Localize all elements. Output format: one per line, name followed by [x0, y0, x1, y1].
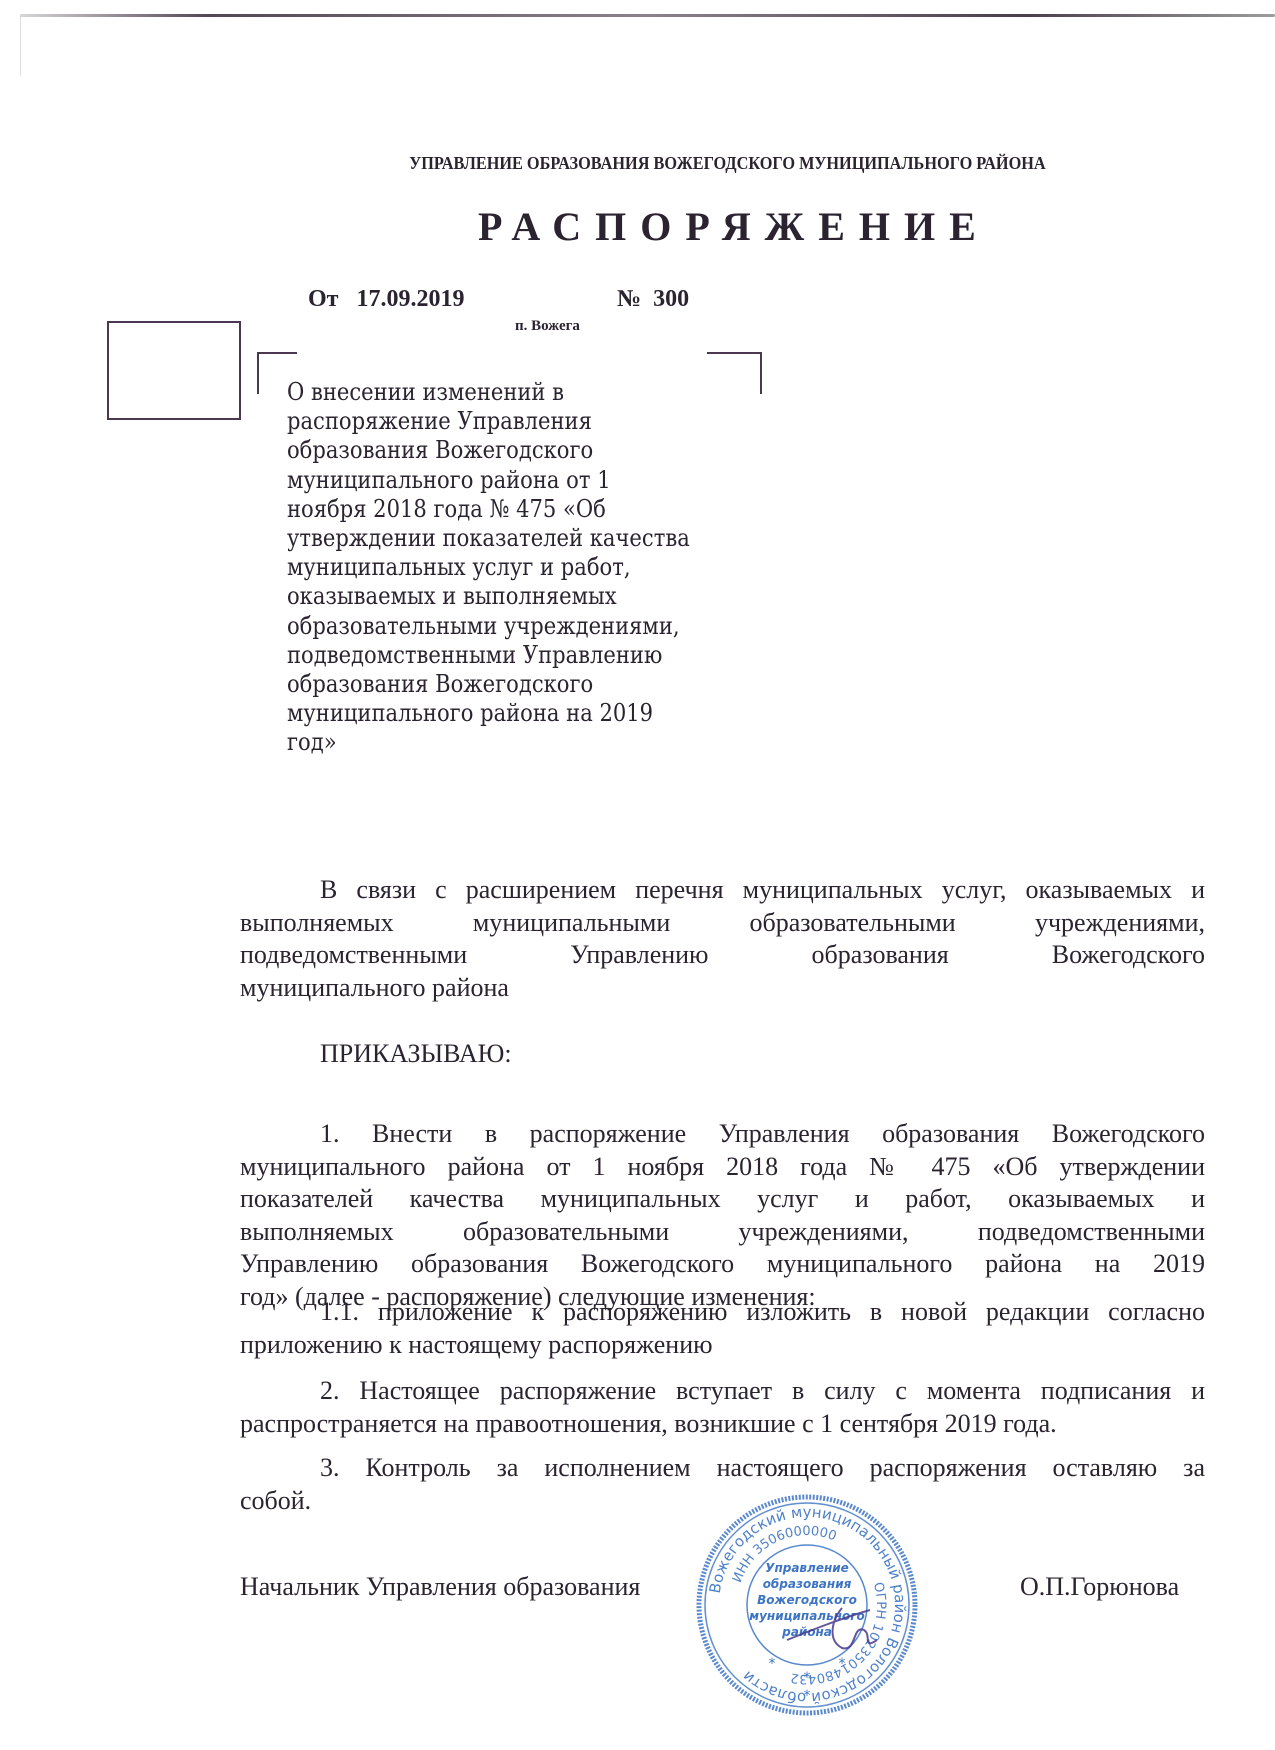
place-of-issue: п. Вожега — [515, 318, 580, 335]
subject-line: год» — [287, 727, 743, 756]
subject-line: подведомственными Управлению — [287, 640, 743, 669]
signatory-name: О.П.Горюнова — [1020, 1572, 1179, 1602]
seal-ogrn-text: ОГРН 1023501480432 — [789, 1581, 888, 1686]
svg-text:ИНН 3506000000: ИНН 3506000000 — [730, 1524, 838, 1585]
subject-line: распоряжение Управления — [287, 406, 743, 435]
text-line: выполняемых муниципальными образовательн… — [240, 907, 1205, 940]
item-1-1-paragraph: 1.1. приложение к распоряжению изложить … — [240, 1296, 1205, 1361]
text-line: муниципального района — [240, 972, 1205, 1005]
text-line: показателей качества муниципальных услуг… — [240, 1183, 1205, 1216]
preamble-paragraph: В связи с расширением перечня муниципаль… — [240, 874, 1205, 1004]
subject-line: муниципального района от 1 — [287, 465, 743, 494]
document-date: 17.09.2019 — [356, 286, 464, 312]
text-line: собой. — [240, 1485, 1205, 1518]
seal-outer-text: Вожегодский муниципальный район Вологодс… — [706, 1503, 909, 1707]
signature-stroke — [787, 1608, 877, 1648]
date-label: От — [308, 286, 338, 312]
subject-line: муниципальных услуг и работ, — [287, 552, 743, 581]
document-number: 300 — [653, 286, 689, 312]
signatory-position: Начальник Управления образования — [240, 1572, 640, 1602]
seal-center-line: района — [781, 1625, 832, 1639]
subject-line: муниципального района на 2019 — [287, 698, 743, 727]
text-line: 3. Контроль за исполнением настоящего ра… — [240, 1452, 1205, 1485]
svg-text:*: * — [769, 1656, 776, 1672]
text-line: 1.1. приложение к распоряжению изложить … — [240, 1296, 1205, 1329]
seal-center-line: Управление — [765, 1561, 849, 1575]
text-line: подведомственными Управлению образования… — [240, 939, 1205, 972]
seal-center-line: образования — [763, 1577, 852, 1591]
order-word: ПРИКАЗЫВАЮ: — [320, 1039, 512, 1069]
document-type-title: РАСПОРЯЖЕНИЕ — [478, 203, 978, 250]
subject-line: О внесении изменений в — [287, 377, 743, 406]
text-line: распространяется на правоотношения, возн… — [240, 1408, 1205, 1441]
item-3-paragraph: 3. Контроль за исполнением настоящего ра… — [240, 1452, 1205, 1517]
text-line: выполняемых образовательными учреждениям… — [240, 1216, 1205, 1249]
svg-text:Вожегодский муниципальный райо: Вожегодский муниципальный район Вологодс… — [706, 1503, 909, 1707]
text-line: В связи с расширением перечня муниципаль… — [240, 874, 1205, 907]
svg-text:*: * — [804, 1688, 811, 1704]
text-line: 1. Внести в распоряжение Управления обра… — [240, 1118, 1205, 1151]
subject-line: образования Вожегодского — [287, 669, 743, 698]
document-number-group: № 300 — [617, 286, 689, 313]
scan-page-edge — [20, 14, 1275, 17]
svg-text:ОГРН 1023501480432: ОГРН 1023501480432 — [789, 1581, 888, 1686]
text-line: муниципального района от 1 ноября 2018 г… — [240, 1151, 1205, 1184]
text-line: приложению к настоящему распоряжению — [240, 1329, 1205, 1362]
seal-icon: Вожегодский муниципальный район Вологодс… — [692, 1490, 922, 1720]
subject-line: образовательными учреждениями, — [287, 611, 743, 640]
subject-line: оказываемых и выполняемых — [287, 581, 743, 610]
seal-center-line: Вожегодского — [757, 1593, 857, 1607]
date-number-line: От 17.09.2019 № 300 — [308, 286, 464, 313]
svg-text:*: * — [839, 1656, 846, 1672]
organization-title: УПРАВЛЕНИЕ ОБРАЗОВАНИЯ ВОЖЕГОДСКОГО МУНИ… — [51, 153, 1237, 174]
subject-block: О внесении изменений в распоряжение Упра… — [287, 377, 743, 757]
text-line: 2. Настоящее распоряжение вступает в сил… — [240, 1375, 1205, 1408]
subject-line: образования Вожегодского — [287, 435, 743, 464]
seal-center-line: муниципального — [749, 1609, 864, 1623]
scan-page-edge-left — [20, 16, 21, 76]
svg-text:*: * — [804, 1670, 811, 1686]
text-line: Управлению образования Вожегодского муни… — [240, 1248, 1205, 1281]
item-1-paragraph: 1. Внести в распоряжение Управления обра… — [240, 1118, 1205, 1314]
seal-inn-text: ИНН 3506000000 — [730, 1524, 838, 1585]
subject-line: утверждении показателей качества — [287, 523, 743, 552]
registration-stamp-box — [107, 321, 241, 420]
item-2-paragraph: 2. Настоящее распоряжение вступает в сил… — [240, 1375, 1205, 1440]
number-label: № — [617, 286, 641, 312]
subject-line: ноября 2018 года № 475 «Об — [287, 494, 743, 523]
official-seal: Вожегодский муниципальный район Вологодс… — [692, 1490, 922, 1720]
